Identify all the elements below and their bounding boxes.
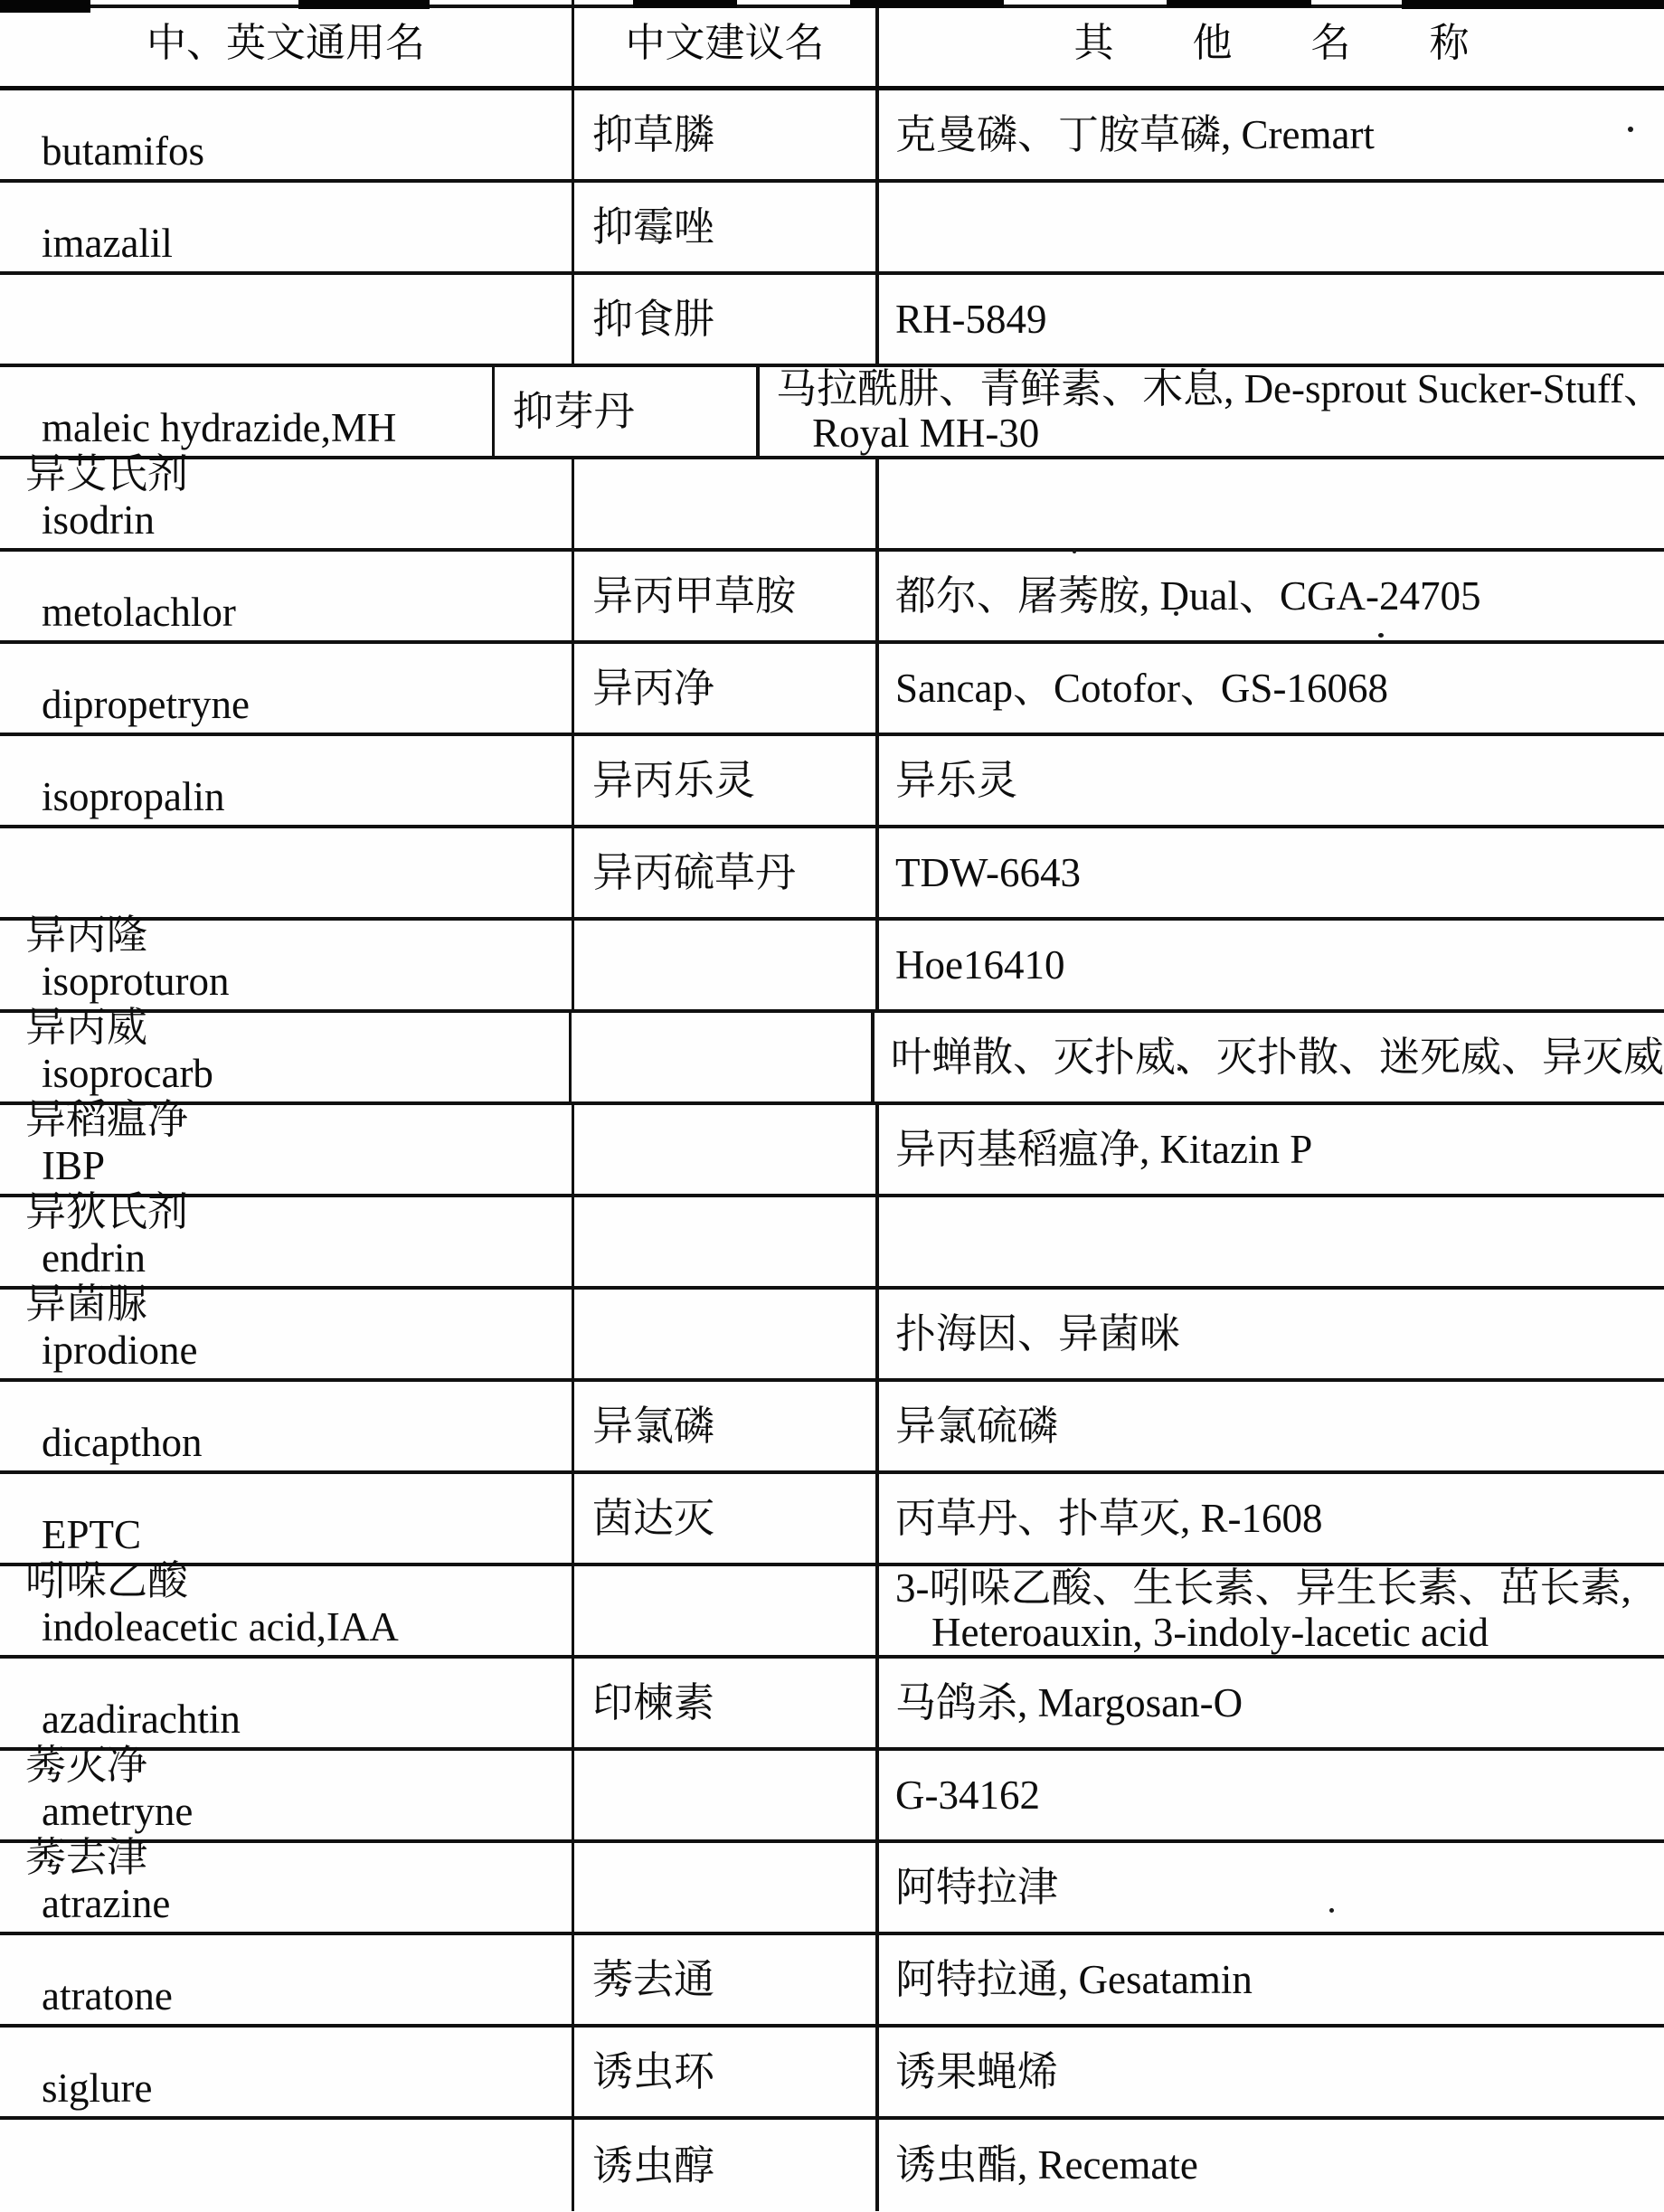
cell-suggested-name: 诱虫醇 (572, 2120, 875, 2211)
table-row: isopropalin 异丙乐灵 异乐灵 (0, 736, 1664, 828)
cell-suggested-name: 印楝素 (572, 1659, 875, 1747)
cell-common-name: metolachlor (0, 552, 572, 640)
cell-common-name (0, 828, 572, 917)
table-row: siglure 诱虫环 诱果蝇烯 (0, 2028, 1664, 2120)
cell-common-name: 异菌脲 iprodione (0, 1290, 572, 1378)
other-names-line: 叶蝉散、灭扑威、灭扑散、迷死威、异灭威 (891, 1035, 1664, 1080)
cell-suggested-name: 异氯磷 (572, 1382, 875, 1470)
other-names-line: 扑海因、异菌咪 (895, 1312, 1664, 1357)
other-names-line: Sancap、Cotofor、GS-16068 (895, 666, 1664, 711)
table-row: 异丙威 isoprocarb 叶蝉散、灭扑威、灭扑散、迷死威、异灭威 (0, 1013, 1664, 1105)
common-name-english: dipropetryne (0, 681, 572, 728)
cell-other-names (875, 1197, 1664, 1286)
table-row: 异艾氏剂 isodrin (0, 459, 1664, 552)
suggested-name-text: 莠去通 (592, 1957, 714, 2002)
common-name-english: dicapthon (0, 1419, 572, 1466)
scan-speck (1073, 550, 1076, 553)
cell-other-names: G-34162 (875, 1751, 1664, 1839)
common-name-english: isoproturon (0, 958, 572, 1005)
cell-common-name: 吲哚乙酸 indoleacetic acid,IAA (0, 1566, 572, 1655)
cell-common-name: azadirachtin (0, 1659, 572, 1747)
cell-suggested-name: 莠去通 (572, 1935, 875, 2024)
common-name-english: ametryne (0, 1788, 572, 1835)
suggested-name-text: 诱虫环 (592, 2049, 714, 2094)
scan-speck (1177, 1067, 1181, 1071)
other-names-line: Heteroauxin, 3-indoly-lacetic acid (895, 1611, 1664, 1655)
cell-suggested-name (572, 1197, 875, 1286)
table-row: 莠灭净 ametryne G-34162 (0, 1751, 1664, 1843)
table-row: 异菌脲 iprodione 扑海因、异菌咪 (0, 1290, 1664, 1382)
table-row: butamifos 抑草膦 克曼磷、丁胺草磷, Cremart (0, 90, 1664, 183)
table-row: dicapthon 异氯磷 异氯硫磷 (0, 1382, 1664, 1474)
cell-common-name: 异丙隆 isoproturon (0, 921, 572, 1009)
common-name-english: indoleacetic acid,IAA (0, 1603, 572, 1650)
other-names-line: TDW-6643 (895, 851, 1664, 895)
cell-other-names (875, 183, 1664, 271)
common-name-chinese: 异丙隆 (0, 912, 572, 958)
suggested-name-text: 异丙甲草胺 (592, 573, 796, 619)
cell-common-name: imazalil (0, 183, 572, 271)
cell-suggested-name: 异丙乐灵 (572, 736, 875, 825)
common-name-english: azadirachtin (0, 1696, 572, 1743)
suggested-name-text: 诱虫醇 (592, 2143, 714, 2188)
cell-suggested-name (572, 1566, 875, 1655)
other-names-line: G-34162 (895, 1773, 1664, 1818)
suggested-name-text: 抑草膦 (592, 112, 714, 157)
cell-other-names: 马拉酰肼、青鲜素、木息, De-sprout Sucker-Stuff、Roya… (756, 367, 1664, 456)
suggested-name-text: 异丙硫草丹 (592, 850, 796, 895)
cell-common-name: 异狄氏剂 endrin (0, 1197, 572, 1286)
other-names-line: 克曼磷、丁胺草磷, Cremart (895, 113, 1664, 157)
table-row: 诱虫醇 诱虫酯, Recemate (0, 2120, 1664, 2211)
cell-suggested-name (572, 459, 875, 548)
common-name-english: atratone (0, 1972, 572, 2019)
common-name-chinese: 莠灭净 (0, 1743, 572, 1788)
cell-other-names: 异氯硫磷 (875, 1382, 1664, 1470)
table-row: atratone 莠去通 阿特拉通, Gesatamin (0, 1935, 1664, 2028)
common-name-english: siglure (0, 2065, 572, 2112)
cell-suggested-name (572, 1290, 875, 1378)
table-top-border (0, 0, 1664, 20)
cell-other-names: Sancap、Cotofor、GS-16068 (875, 644, 1664, 733)
table-row: 异稻瘟净 IBP 异丙基稻瘟净, Kitazin P (0, 1105, 1664, 1197)
cell-other-names: RH-5849 (875, 275, 1664, 364)
cell-common-name (0, 2120, 572, 2211)
cell-common-name: butamifos (0, 90, 572, 179)
common-name-english: iprodione (0, 1327, 572, 1374)
scan-speck (1329, 1908, 1334, 1913)
suggested-name-text: 抑芽丹 (513, 389, 635, 434)
common-name-chinese: 莠去津 (0, 1835, 572, 1880)
other-names-line: 异乐灵 (895, 759, 1664, 803)
common-name-english: maleic hydrazide,MH (0, 404, 492, 451)
scan-speck (1628, 127, 1633, 132)
common-name-english: metolachlor (0, 589, 572, 636)
scanned-document-page: 中、英文通用名 中文建议名 其 他 名 称 butamifos 抑草膦 克曼磷、… (0, 0, 1664, 2212)
cell-common-name: dipropetryne (0, 644, 572, 733)
cell-other-names: 马鸽杀, Margosan-O (875, 1659, 1664, 1747)
table-row: 异丙硫草丹 TDW-6643 (0, 828, 1664, 921)
cell-other-names: 异丙基稻瘟净, Kitazin P (875, 1105, 1664, 1194)
cell-other-names: TDW-6643 (875, 828, 1664, 917)
other-names-line: Hoe16410 (895, 943, 1664, 988)
cell-suggested-name (569, 1013, 871, 1101)
common-name-english: butamifos (0, 128, 572, 175)
table-row: maleic hydrazide,MH 抑芽丹 马拉酰肼、青鲜素、木息, De-… (0, 367, 1664, 459)
suggested-name-text: 异丙乐灵 (592, 758, 755, 803)
cell-other-names: 异乐灵 (875, 736, 1664, 825)
common-name-english: isoprocarb (0, 1050, 569, 1097)
suggested-name-text: 抑食肼 (592, 297, 714, 342)
common-name-english: isopropalin (0, 773, 572, 820)
table-row: EPTC 茵达灭 丙草丹、扑草灭, R-1608 (0, 1474, 1664, 1566)
cell-other-names: 丙草丹、扑草灭, R-1608 (875, 1474, 1664, 1563)
scan-artifact (1167, 0, 1311, 7)
cell-other-names: 叶蝉散、灭扑威、灭扑散、迷死威、异灭威 (871, 1013, 1664, 1101)
other-names-line: RH-5849 (895, 298, 1664, 342)
cell-suggested-name: 茵达灭 (572, 1474, 875, 1563)
other-names-line: 诱果蝇烯 (895, 2050, 1664, 2094)
cell-other-names: 阿特拉通, Gesatamin (875, 1935, 1664, 2024)
cell-common-name: atratone (0, 1935, 572, 2024)
cell-suggested-name: 异丙硫草丹 (572, 828, 875, 917)
common-name-english: isodrin (0, 496, 572, 544)
common-name-chinese: 异丙威 (0, 1005, 569, 1050)
common-name-chinese: 异狄氏剂 (0, 1189, 572, 1234)
cell-other-names: Hoe16410 (875, 921, 1664, 1009)
scan-artifact (850, 0, 1004, 8)
suggested-name-text: 异丙净 (592, 666, 714, 711)
other-names-line: 3-吲哚乙酸、生长素、异生长素、茁长素, (895, 1566, 1664, 1611)
other-names-line: 阿特拉津 (895, 1866, 1664, 1910)
cell-common-name: isopropalin (0, 736, 572, 825)
cell-common-name (0, 275, 572, 364)
cell-suggested-name: 诱虫环 (572, 2028, 875, 2116)
scan-artifact (0, 0, 90, 13)
cell-suggested-name: 抑霉唑 (572, 183, 875, 271)
pesticide-name-table: 中、英文通用名 中文建议名 其 他 名 称 butamifos 抑草膦 克曼磷、… (0, 0, 1664, 2211)
common-name-chinese: 吲哚乙酸 (0, 1558, 572, 1603)
table-row: 吲哚乙酸 indoleacetic acid,IAA 3-吲哚乙酸、生长素、异生… (0, 1566, 1664, 1659)
cell-other-names: 扑海因、异菌咪 (875, 1290, 1664, 1378)
other-names-line: 丙草丹、扑草灭, R-1608 (895, 1497, 1664, 1541)
cell-other-names: 克曼磷、丁胺草磷, Cremart (875, 90, 1664, 179)
other-names-line: 异氯硫磷 (895, 1404, 1664, 1449)
common-name-english: imazalil (0, 220, 572, 267)
cell-common-name: dicapthon (0, 1382, 572, 1470)
scan-artifact (298, 0, 430, 9)
suggested-name-text: 茵达灭 (592, 1496, 714, 1541)
other-names-line: 异丙基稻瘟净, Kitazin P (895, 1128, 1664, 1172)
common-name-chinese: 异艾氏剂 (0, 451, 572, 496)
cell-other-names: 诱果蝇烯 (875, 2028, 1664, 2116)
scan-speck (1174, 611, 1178, 616)
scan-artifact (633, 0, 737, 8)
suggested-name-text: 印楝素 (592, 1680, 714, 1725)
suggested-name-text: 抑霉唑 (592, 204, 714, 250)
common-name-english: endrin (0, 1234, 572, 1281)
common-name-chinese: 异菌脲 (0, 1281, 572, 1327)
table-row: 莠去津 atrazine 阿特拉津 (0, 1843, 1664, 1935)
table-row: 抑食肼 RH-5849 (0, 275, 1664, 367)
cell-suggested-name: 抑草膦 (572, 90, 875, 179)
cell-other-names: 3-吲哚乙酸、生长素、异生长素、茁长素,Heteroauxin, 3-indol… (875, 1566, 1664, 1655)
cell-common-name: maleic hydrazide,MH (0, 367, 492, 456)
cell-common-name: 莠灭净 ametryne (0, 1751, 572, 1839)
cell-common-name: 莠去津 atrazine (0, 1843, 572, 1932)
table-row: 异丙隆 isoproturon Hoe16410 (0, 921, 1664, 1013)
cell-common-name: 异艾氏剂 isodrin (0, 459, 572, 548)
cell-other-names (875, 459, 1664, 548)
cell-suggested-name (572, 921, 875, 1009)
table-row: dipropetryne 异丙净 Sancap、Cotofor、GS-16068 (0, 644, 1664, 736)
scan-artifact (1402, 0, 1664, 9)
common-name-english: IBP (0, 1142, 572, 1189)
table-row: metolachlor 异丙甲草胺 都尔、屠莠胺, Dual、CGA-24705 (0, 552, 1664, 644)
other-names-line: 马鸽杀, Margosan-O (895, 1681, 1664, 1725)
suggested-name-text: 异氯磷 (592, 1404, 714, 1449)
common-name-chinese: 异稻瘟净 (0, 1097, 572, 1142)
cell-suggested-name (572, 1751, 875, 1839)
cell-other-names: 阿特拉津 (875, 1843, 1664, 1932)
table-row: imazalil 抑霉唑 (0, 183, 1664, 275)
cell-common-name: 异丙威 isoprocarb (0, 1013, 569, 1101)
other-names-line: 马拉酰肼、青鲜素、木息, De-sprout Sucker-Stuff、 (776, 367, 1664, 411)
cell-common-name: EPTC (0, 1474, 572, 1563)
cell-other-names: 都尔、屠莠胺, Dual、CGA-24705 (875, 552, 1664, 640)
table-row: azadirachtin 印楝素 马鸽杀, Margosan-O (0, 1659, 1664, 1751)
common-name-english: atrazine (0, 1880, 572, 1927)
cell-suggested-name: 异丙净 (572, 644, 875, 733)
cell-suggested-name: 抑食肼 (572, 275, 875, 364)
cell-suggested-name (572, 1105, 875, 1194)
scan-speck (1378, 633, 1384, 638)
cell-other-names: 诱虫酯, Recemate (875, 2120, 1664, 2211)
cell-suggested-name: 异丙甲草胺 (572, 552, 875, 640)
table-body: butamifos 抑草膦 克曼磷、丁胺草磷, Cremart imazalil… (0, 90, 1664, 2211)
table-row: 异狄氏剂 endrin (0, 1197, 1664, 1290)
cell-suggested-name: 抑芽丹 (492, 367, 756, 456)
other-names-line: 都尔、屠莠胺, Dual、CGA-24705 (895, 574, 1664, 619)
cell-common-name: 异稻瘟净 IBP (0, 1105, 572, 1194)
other-names-line: 阿特拉通, Gesatamin (895, 1958, 1664, 2002)
cell-suggested-name (572, 1843, 875, 1932)
other-names-line: 诱虫酯, Recemate (895, 2143, 1664, 2188)
cell-common-name: siglure (0, 2028, 572, 2116)
other-names-line: Royal MH-30 (776, 411, 1664, 456)
common-name-english: EPTC (0, 1511, 572, 1558)
